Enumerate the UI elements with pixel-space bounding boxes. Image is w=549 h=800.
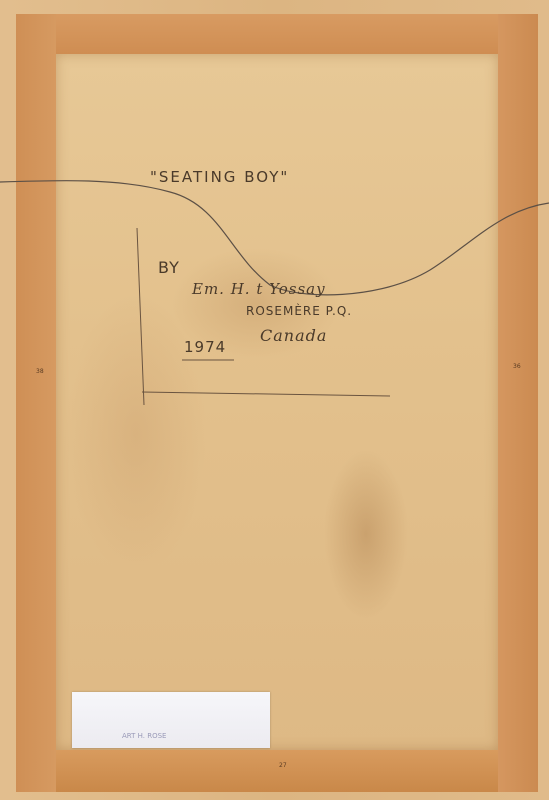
- bottom-frame-stamp: 27: [279, 762, 287, 769]
- by-label: BY: [158, 258, 180, 277]
- left-frame-stamp: 38: [36, 368, 44, 375]
- label-text: ART H. ROSE: [122, 732, 166, 740]
- country-text: Canada: [260, 326, 327, 345]
- painting-title: "SEATING BOY": [150, 168, 289, 186]
- pencil-lines-and-wire: [0, 0, 549, 800]
- year-text: 1974: [184, 338, 226, 356]
- hanging-wire: [0, 181, 549, 295]
- artist-signature: Em. H. t Yossay: [192, 280, 326, 298]
- right-frame-stamp: 36: [513, 363, 521, 370]
- place-text: ROSEMÈRE P.Q.: [246, 304, 352, 318]
- pencil-vertical-line: [137, 228, 144, 405]
- pencil-horizontal-line: [142, 392, 390, 396]
- paper-label: ART H. ROSE: [72, 692, 270, 748]
